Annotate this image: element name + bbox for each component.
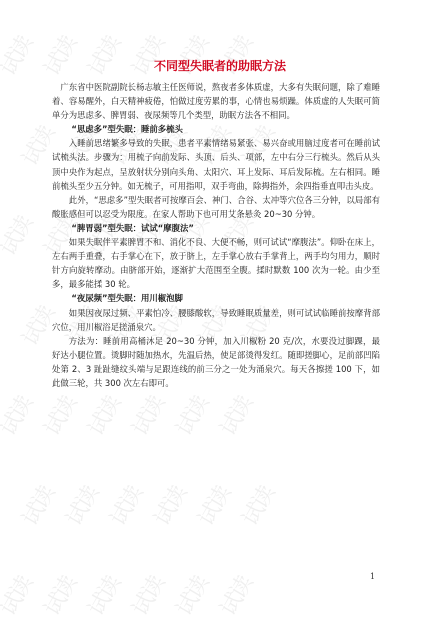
section-paragraph: 如果因夜尿过频、平素怕冷、腰膝酸软，导致睡眠质量差，则可试试临睡前按摩背部穴位，… <box>52 306 380 334</box>
section-paragraph: 入睡前思绪繁多导致的失眠，患者平素情绪易紧张、易兴奋或用脑过度者可在睡前试试梳头… <box>52 136 380 192</box>
document-title: 不同型失眠者的助眠方法 <box>0 57 440 74</box>
section-heading-silvduo: “思虑多”型失眠：睡前多梳头 <box>52 122 380 136</box>
section-paragraph: 此外，“思虑多”型失眠者可按摩百会、神门、合谷、太冲等穴位各三分钟，以局部有酸胀… <box>52 193 380 221</box>
section-paragraph: 如果失眠伴平素脾胃不和、消化不良、大便不畅，则可试试“摩腹法”。仰卧在床上，左右… <box>52 235 380 291</box>
document-page: 不同型失眠者的助眠方法 广东省中医院副院长杨志敏主任医师说，熬夜者多体质虚，大多… <box>0 0 440 620</box>
section-heading-piweiruo: “脾胃弱”型失眠：试试“摩腹法” <box>52 221 380 235</box>
section-paragraph: 方法为：睡前用高桶沐足 20~30 分钟，加入川椒粉 20 克/次，水要没过脚踝… <box>52 334 380 390</box>
document-body: 广东省中医院副院长杨志敏主任医师说，熬夜者多体质虚，大多有失眠问题，除了难睡着、… <box>52 80 380 390</box>
intro-paragraph: 广东省中医院副院长杨志敏主任医师说，熬夜者多体质虚，大多有失眠问题，除了难睡着、… <box>52 80 380 122</box>
section-heading-yeniaopin: “夜尿频”型失眠：用川椒泡脚 <box>52 291 380 305</box>
page-number: 1 <box>370 572 375 581</box>
